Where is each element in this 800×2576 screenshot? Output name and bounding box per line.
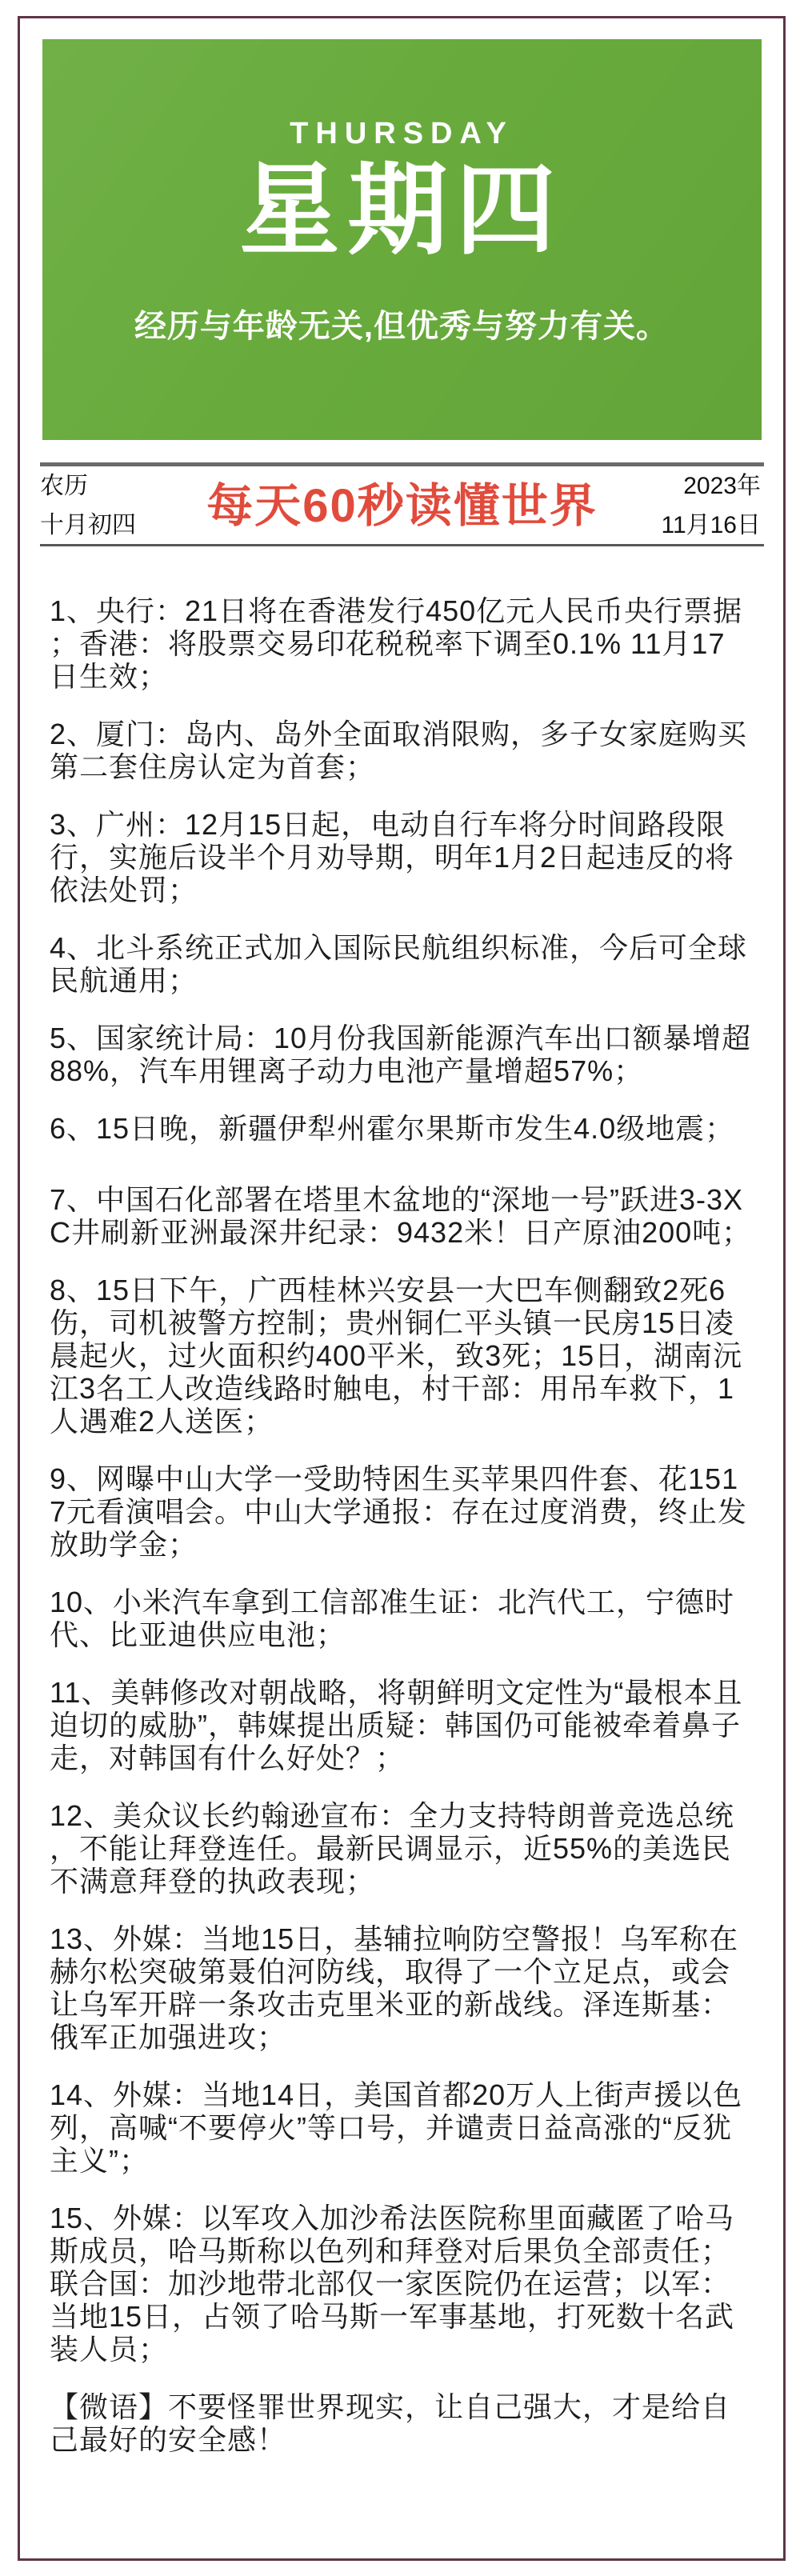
news-item: 2、厦门：岛内、岛外全面取消限购，多子女家庭购买第二套住房认定为首套； <box>50 718 752 783</box>
year-label: 2023年 <box>661 466 761 506</box>
news-item: 8、15日下午，广西桂林兴安县一大巴车侧翻致2死6伤，司机被警方控制；贵州铜仁平… <box>50 1274 752 1438</box>
daily-slogan: 经历与年龄无关,但优秀与努力有关。 <box>42 310 762 343</box>
news-item: 6、15日晚，新疆伊犁州霍尔果斯市发生4.0级地震； <box>50 1112 752 1145</box>
news-item: 4、北斗系统正式加入国际民航组织标准，今后可全球民航通用； <box>50 931 752 997</box>
news-item: 10、小米汽车拿到工信部准生证：北汽代工，宁德时代、比亚迪供应电池； <box>50 1586 752 1651</box>
news-item: 14、外媒：当地14日，美国首都20万人上街声援以色列，高喊“不要停火”等口号，… <box>50 2078 752 2177</box>
page-frame: THURSDAY 星期四 经历与年龄无关,但优秀与努力有关。 农历 十月初四 每… <box>18 16 786 2561</box>
news-items: 1、央行：21日将在香港发行450亿元人民币央行票据；香港：将股票交易印花税税率… <box>50 594 752 2366</box>
date-row: 农历 十月初四 每天60秒读懂世界 2023年 11月16日 <box>40 466 764 544</box>
weekday-card: THURSDAY 星期四 经历与年龄无关,但优秀与努力有关。 <box>42 39 762 440</box>
news-item: 9、网曝中山大学一受助特困生买苹果四件套、花1517元看演唱会。中山大学通报：存… <box>50 1462 752 1561</box>
news-item: 3、广州：12月15日起，电动自行车将分时间路段限行，实施后设半个月劝导期，明年… <box>50 808 752 906</box>
news-item: 13、外媒：当地15日，基辅拉响防空警报！乌军称在赫尔松突破第聂伯河防线，取得了… <box>50 1922 752 2054</box>
news-item: 15、外媒：以军攻入加沙希法医院称里面藏匿了哈马斯成员，哈马斯称以色列和拜登对后… <box>50 2202 752 2366</box>
news-list: 1、央行：21日将在香港发行450亿元人民币央行票据；香港：将股票交易印花税税率… <box>50 594 752 2456</box>
weiyu-quote: 【微语】不要怪罪世界现实，让自己强大，才是给自己最好的安全感！ <box>50 2390 752 2456</box>
news-item: 7、中国石化部署在塔里木盆地的“深地一号”跃进3-3XC井刷新亚洲最深井纪录：9… <box>50 1183 752 1249</box>
news-item: 12、美众议长约翰逊宣布：全力支持特朗普竞选总统，不能让拜登连任。最新民调显示，… <box>50 1799 752 1898</box>
news-item: 11、美韩修改对朝战略，将朝鲜明文定性为“最根本且迫切的威胁”，韩媒提出质疑：韩… <box>50 1676 752 1774</box>
page-title: 每天60秒读懂世界 <box>40 466 764 544</box>
weekday-chinese: 星期四 <box>42 157 762 265</box>
divider-bottom <box>40 544 764 546</box>
news-item: 5、国家统计局：10月份我国新能源汽车出口额暴增超88%，汽车用锂离子动力电池产… <box>50 1022 752 1087</box>
weekday-english: THURSDAY <box>42 118 762 149</box>
gregorian-date-block: 2023年 11月16日 <box>661 466 761 544</box>
dateline: 农历 十月初四 每天60秒读懂世界 2023年 11月16日 <box>40 462 764 546</box>
date-label: 11月16日 <box>661 506 761 545</box>
news-item: 1、央行：21日将在香港发行450亿元人民币央行票据；香港：将股票交易印花税税率… <box>50 594 752 693</box>
